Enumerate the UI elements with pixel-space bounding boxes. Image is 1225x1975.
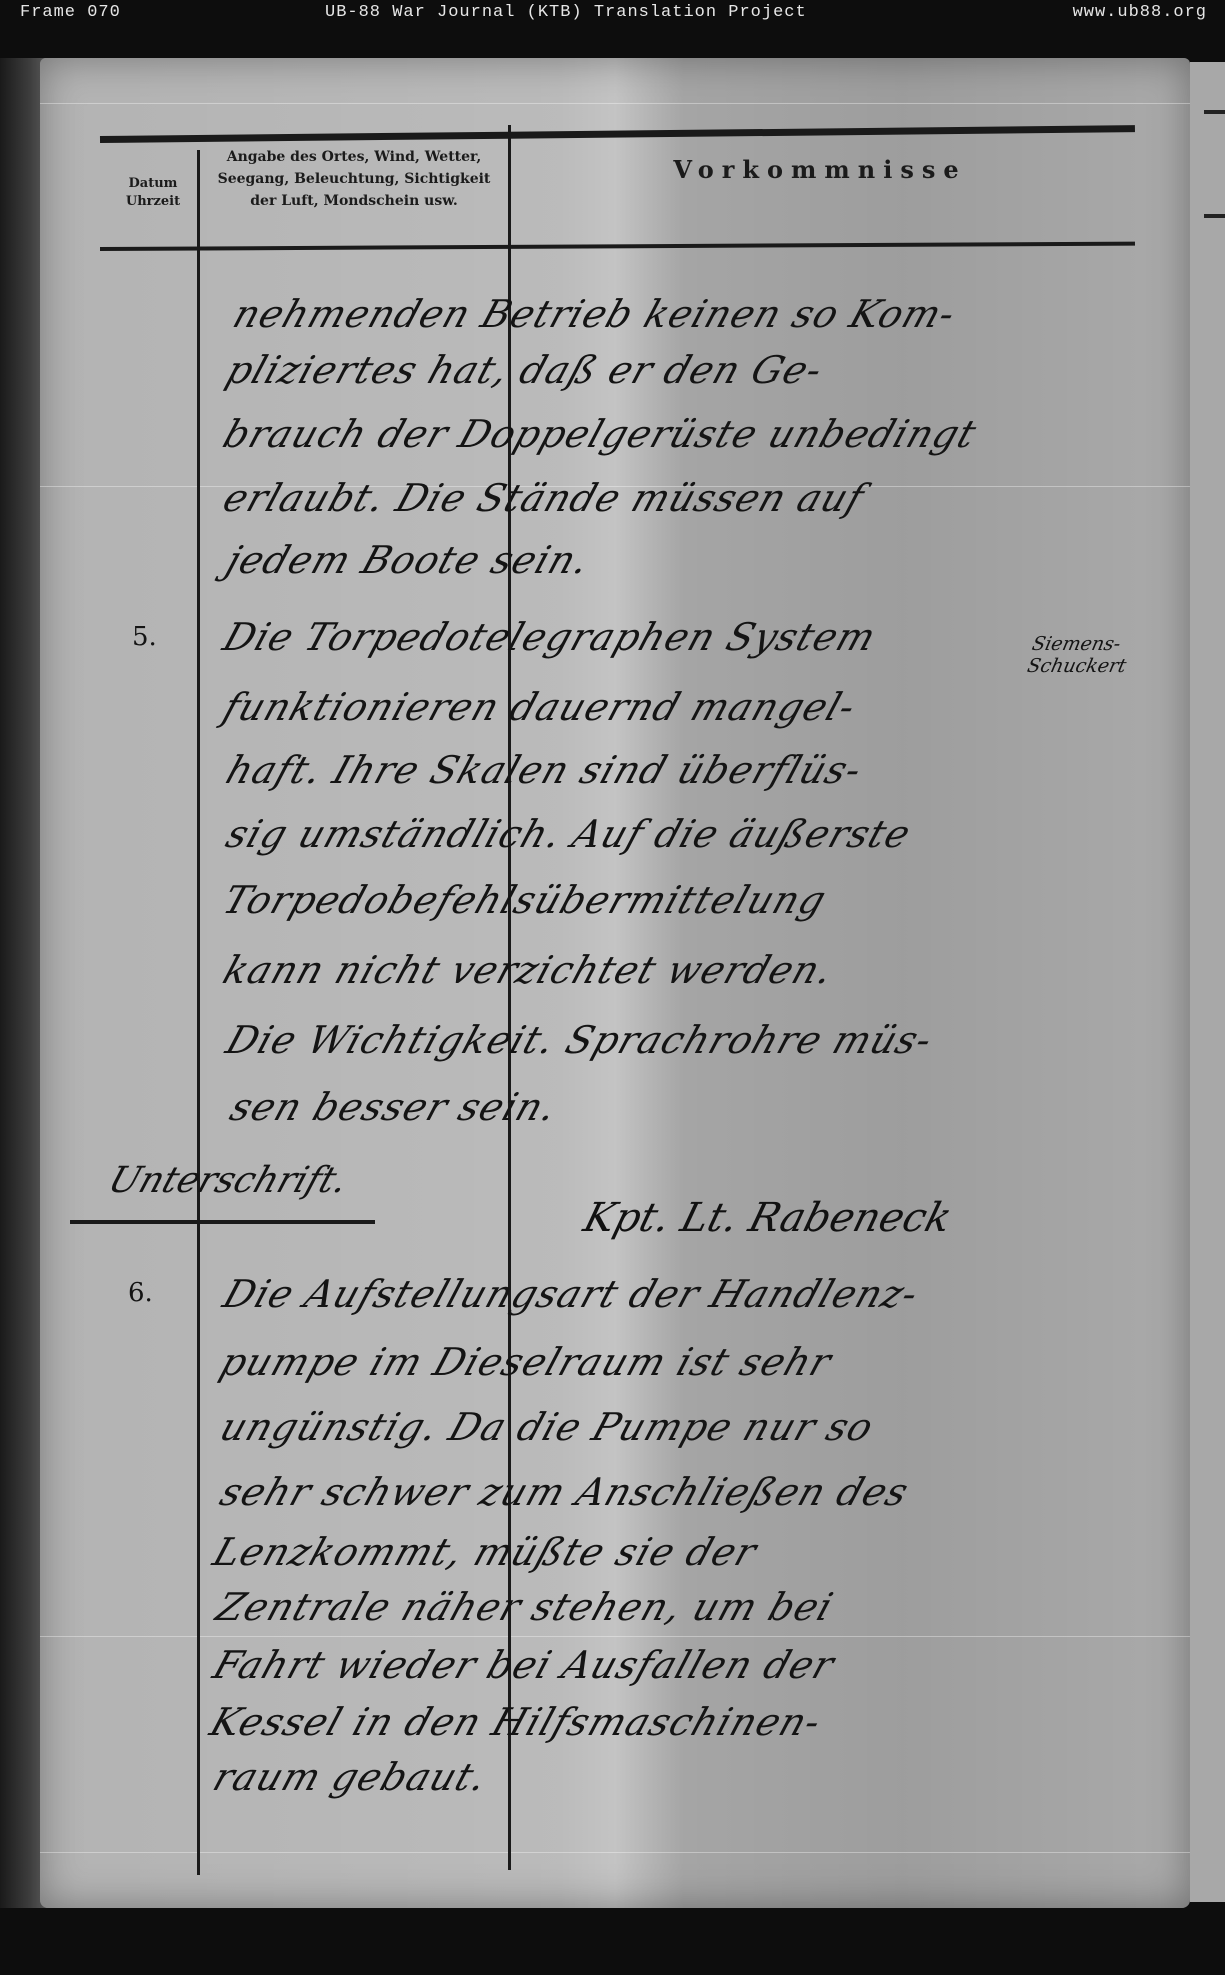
header-location-line2: Seegang, Beleuchtung, Sichtigkeit xyxy=(205,168,503,190)
header-time-label: Uhrzeit xyxy=(112,193,194,211)
handwritten-line: Kessel in den Hilfsmaschinen- xyxy=(205,1700,827,1744)
project-title: UB-88 War Journal (KTB) Translation Proj… xyxy=(325,3,807,22)
handwritten-line: jedem Boote sein. xyxy=(221,538,596,582)
handwritten-line: Die Aufstellungsart der Handlenz- xyxy=(218,1272,925,1316)
handwritten-line: erlaubt. Die Stände müssen auf xyxy=(218,476,870,520)
handwritten-line: Die Wichtigkeit. Sprachrohre müs- xyxy=(221,1018,939,1062)
handwritten-line: nehmenden Betrieb keinen so Kom- xyxy=(228,292,962,336)
handwritten-line: sen besser sein. xyxy=(225,1085,563,1129)
margin-note: Unterschrift. xyxy=(103,1160,353,1201)
header-location-line3: der Luft, Mondschein usw. xyxy=(205,190,503,212)
frame-caption-bar: Frame 070 UB-88 War Journal (KTB) Transl… xyxy=(0,0,1225,30)
adjacent-page-rule xyxy=(1204,214,1225,218)
interlinear-note-line: Schuckert xyxy=(1025,655,1128,677)
scan-streak xyxy=(40,103,1190,104)
handwritten-line: Torpedobefehlsübermittelung xyxy=(218,878,832,922)
handwritten-line: Die Torpedotelegraphen System xyxy=(218,615,882,659)
handwritten-line: sig umständlich. Auf die äußerste xyxy=(221,812,917,856)
header-location-weather: Angabe des Ortes, Wind, Wetter, Seegang,… xyxy=(205,146,503,212)
signature: Kpt. Lt. Rabeneck xyxy=(579,1195,957,1241)
handwritten-line: brauch der Doppelgerüste unbedingt xyxy=(218,412,983,456)
entry-number: 6. xyxy=(128,1278,153,1308)
handwritten-line: pumpe im Dieselraum ist sehr xyxy=(215,1340,838,1384)
handwritten-line: pliziertes hat, daß er den Ge- xyxy=(221,348,829,392)
entry-number: 5. xyxy=(132,622,157,652)
frame-number: Frame 070 xyxy=(20,3,121,22)
handwritten-line: raum gebaut. xyxy=(208,1755,493,1799)
website-link[interactable]: www.ub88.org xyxy=(1073,3,1207,22)
header-date-label: Datum xyxy=(112,175,194,193)
margin-note-underline xyxy=(70,1220,375,1224)
adjacent-page-rule xyxy=(1204,110,1225,114)
handwritten-line: Lenzkommt, müßte sie der xyxy=(208,1530,763,1574)
handwritten-line: Fahrt wieder bei Ausfallen der xyxy=(208,1643,840,1687)
header-occurrences: Vorkommnisse xyxy=(520,155,1120,184)
handwritten-line: Zentrale näher stehen, um bei xyxy=(211,1585,839,1629)
handwritten-line: kann nicht verzichtet werden. xyxy=(218,948,839,992)
scan-streak xyxy=(40,1636,1190,1637)
header-location-line1: Angabe des Ortes, Wind, Wetter, xyxy=(205,146,503,168)
header-date-time: Datum Uhrzeit xyxy=(112,175,194,211)
handwritten-line: funktionieren dauernd mangel- xyxy=(218,685,862,729)
handwritten-line: sehr schwer zum Anschließen des xyxy=(215,1470,915,1514)
handwritten-line: haft. Ihre Skalen sind überflüs- xyxy=(221,748,868,792)
handwritten-line: ungünstig. Da die Pumpe nur so xyxy=(215,1405,880,1449)
column-divider-1 xyxy=(197,150,200,1875)
interlinear-note: Siemens- Schuckert xyxy=(1025,633,1133,677)
interlinear-note-line: Siemens- xyxy=(1030,633,1133,655)
scan-streak xyxy=(40,1852,1190,1853)
